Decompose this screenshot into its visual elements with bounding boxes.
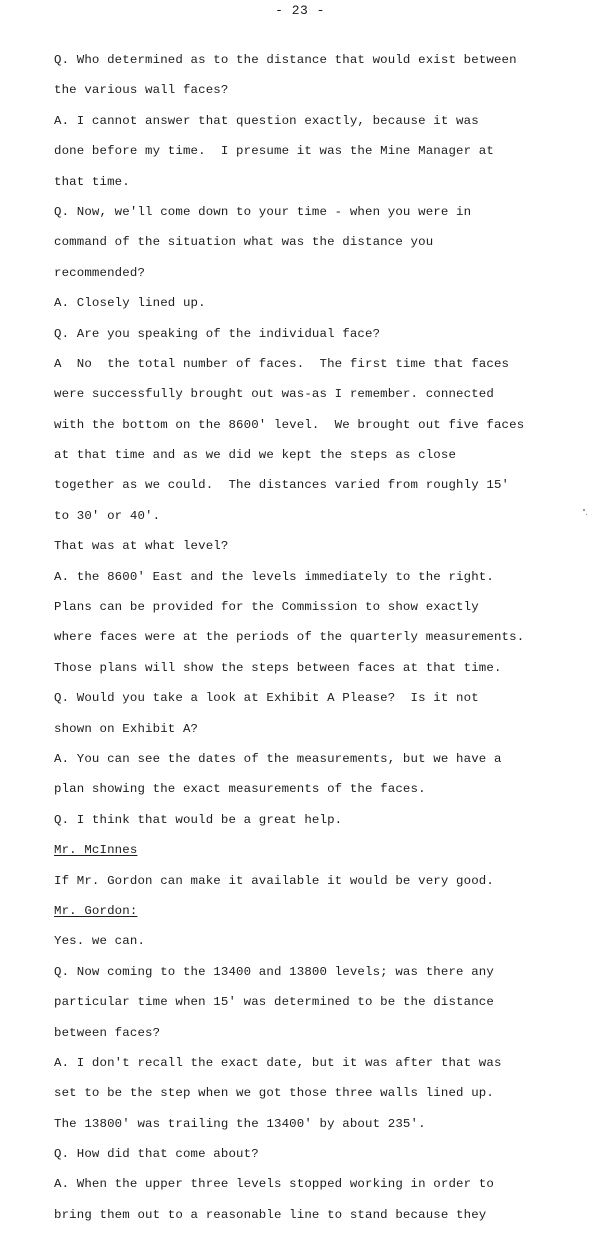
transcript-line: between faces? [54,1023,574,1053]
transcript-line: recommended? [54,263,574,293]
transcript-line: bring them out to a reasonable line to s… [54,1205,574,1235]
line-text: bring them out to a reasonable line to s… [54,1208,486,1222]
transcript-line: done before my time. I presume it was th… [54,141,574,171]
document-page: - 23 - Q. Who determined as to the dista… [0,0,600,1238]
transcript-line: to 30' or 40'. [54,506,574,536]
line-text: done before my time. I presume it was th… [54,144,494,158]
line-text: plan showing the exact measurements of t… [54,782,426,796]
transcript-line: Q. Now, we'll come down to your time - w… [54,202,574,232]
transcript-body: Q. Who determined as to the distance tha… [54,50,574,1235]
line-text: recommended? [54,266,145,280]
transcript-line: with the bottom on the 8600' level. We b… [54,415,574,445]
transcript-line: plan showing the exact measurements of t… [54,779,574,809]
line-text: Q. Are you speaking of the individual fa… [54,327,380,341]
transcript-line: particular time when 15' was determined … [54,992,574,1022]
line-text: shown on Exhibit A? [54,722,198,736]
transcript-line: the various wall faces? [54,80,574,110]
transcript-line: that time. [54,172,574,202]
transcript-line: Those plans will show the steps between … [54,658,574,688]
transcript-line: A No the total number of faces. The firs… [54,354,574,384]
transcript-line: Plans can be provided for the Commission… [54,597,574,627]
line-text: That was at what level? [54,539,228,553]
scan-speck [583,509,585,511]
transcript-line: Q. Who determined as to the distance tha… [54,50,574,80]
line-text: set to be the step when we got those thr… [54,1086,494,1100]
transcript-line: shown on Exhibit A? [54,719,574,749]
line-text: together as we could. The distances vari… [54,478,509,492]
line-text: Q. Who determined as to the distance tha… [54,53,517,67]
line-text: Q. Now, we'll come down to your time - w… [54,205,471,219]
line-text: A. When the upper three levels stopped w… [54,1177,494,1191]
scan-speck [586,514,587,515]
line-text: A. I cannot answer that question exactly… [54,114,479,128]
transcript-line: A. You can see the dates of the measurem… [54,749,574,779]
transcript-line: Q. Would you take a look at Exhibit A Pl… [54,688,574,718]
transcript-line: That was at what level? [54,536,574,566]
line-text: The 13800' was trailing the 13400' by ab… [54,1117,426,1131]
speaker-heading: Mr. Gordon: [54,901,574,931]
line-text: command of the situation what was the di… [54,235,433,249]
transcript-line: set to be the step when we got those thr… [54,1083,574,1113]
line-text: were successfully brought out was-as I r… [54,387,494,401]
transcript-line: Yes. we can. [54,931,574,961]
transcript-line: A. Closely lined up. [54,293,574,323]
line-text: Q. Would you take a look at Exhibit A Pl… [54,691,479,705]
line-text: A No the total number of faces. The firs… [54,357,509,371]
transcript-line: Q. How did that come about? [54,1144,574,1174]
transcript-line: A. I cannot answer that question exactly… [54,111,574,141]
line-text: Q. I think that would be a great help. [54,813,342,827]
line-text: where faces were at the periods of the q… [54,630,524,644]
line-text: Q. How did that come about? [54,1147,259,1161]
line-text: at that time and as we did we kept the s… [54,448,456,462]
transcript-line: were successfully brought out was-as I r… [54,384,574,414]
transcript-line: A. the 8600' East and the levels immedia… [54,567,574,597]
page-number: - 23 - [0,3,600,18]
line-text: to 30' or 40'. [54,509,160,523]
speaker-heading: Mr. McInnes [54,840,574,870]
line-text: If Mr. Gordon can make it available it w… [54,874,494,888]
transcript-line: A. I don't recall the exact date, but it… [54,1053,574,1083]
transcript-line: Q. Now coming to the 13400 and 13800 lev… [54,962,574,992]
transcript-line: The 13800' was trailing the 13400' by ab… [54,1114,574,1144]
line-text: Mr. McInnes [54,843,137,857]
transcript-line: Q. I think that would be a great help. [54,810,574,840]
transcript-line: Q. Are you speaking of the individual fa… [54,324,574,354]
line-text: particular time when 15' was determined … [54,995,494,1009]
transcript-line: command of the situation what was the di… [54,232,574,262]
line-text: Q. Now coming to the 13400 and 13800 lev… [54,965,494,979]
transcript-line: A. When the upper three levels stopped w… [54,1174,574,1204]
line-text: A. I don't recall the exact date, but it… [54,1056,502,1070]
transcript-line: together as we could. The distances vari… [54,475,574,505]
transcript-line: If Mr. Gordon can make it available it w… [54,871,574,901]
line-text: A. You can see the dates of the measurem… [54,752,502,766]
line-text: that time. [54,175,130,189]
line-text: Plans can be provided for the Commission… [54,600,479,614]
line-text: Mr. Gordon: [54,904,137,918]
line-text: Yes. we can. [54,934,145,948]
line-text: between faces? [54,1026,160,1040]
line-text: Those plans will show the steps between … [54,661,502,675]
transcript-line: at that time and as we did we kept the s… [54,445,574,475]
line-text: with the bottom on the 8600' level. We b… [54,418,524,432]
line-text: A. Closely lined up. [54,296,206,310]
line-text: A. the 8600' East and the levels immedia… [54,570,494,584]
line-text: the various wall faces? [54,83,228,97]
transcript-line: where faces were at the periods of the q… [54,627,574,657]
